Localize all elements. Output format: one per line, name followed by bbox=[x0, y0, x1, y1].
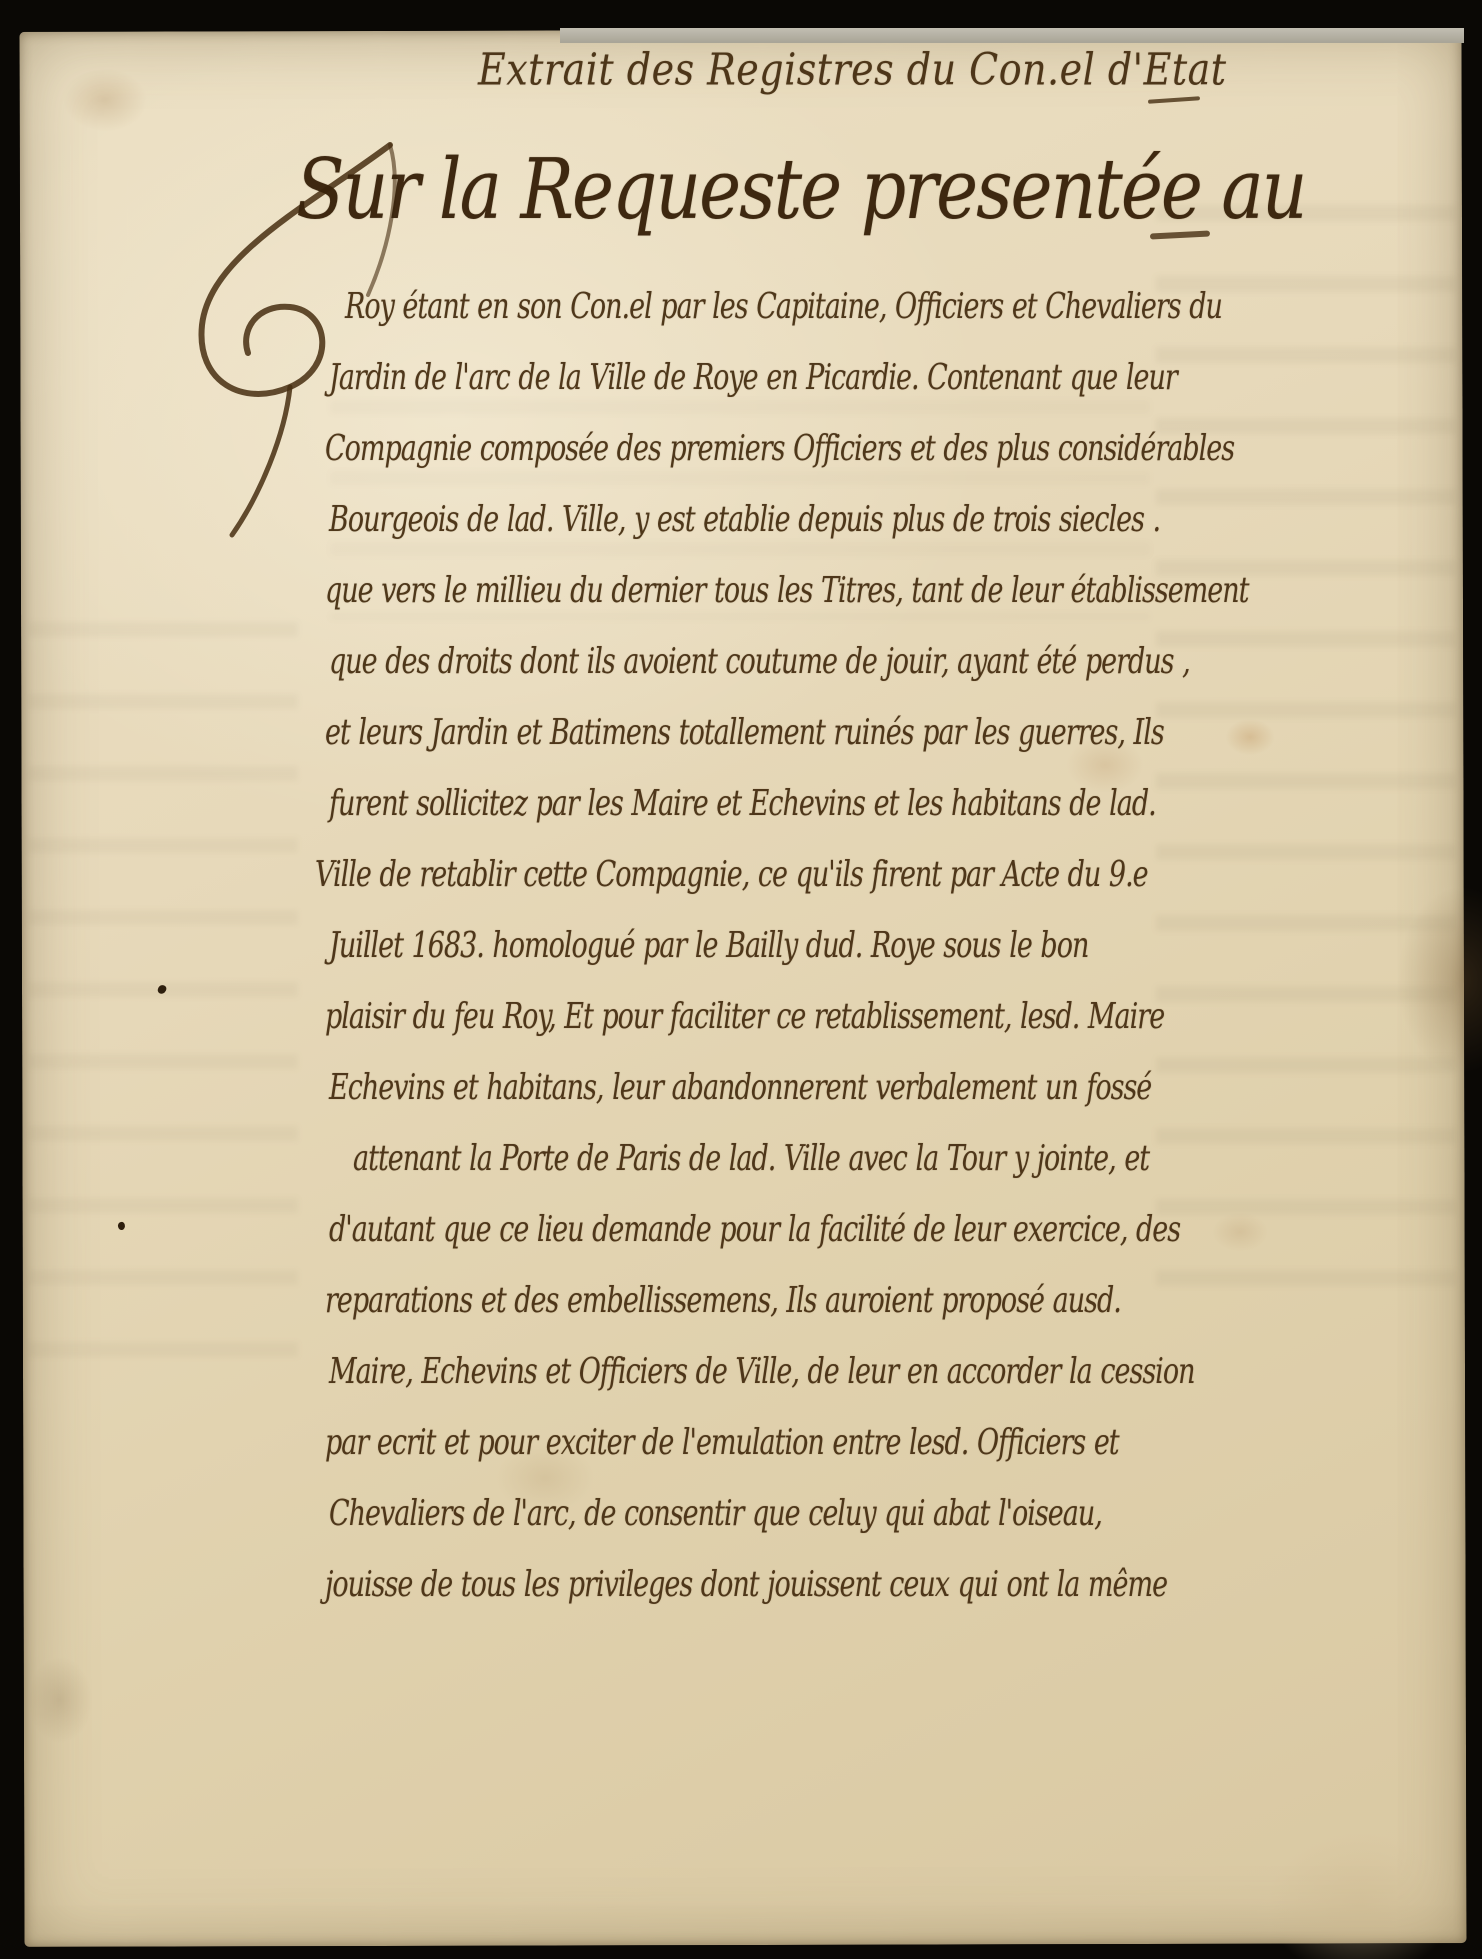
manuscript-body: Roy étant en son Con.el par les Capitain… bbox=[325, 256, 1205, 1605]
text-line: Echevins et habitans, leur abandonnerent… bbox=[329, 1037, 1205, 1108]
document-header: Extrait des Registres du Con.el d'Etat bbox=[478, 44, 1227, 95]
document-heading: Sur la Requeste presentée au bbox=[296, 140, 1306, 238]
text-line: Chevaliers de l'arc, de consentir que ce… bbox=[329, 1463, 1205, 1534]
text-line: Roy étant en son Con.el par les Capitain… bbox=[325, 256, 1205, 327]
text-line: Ville de retablir cette Compagnie, ce qu… bbox=[315, 824, 1205, 895]
text-line: reparations et des embellissemens, Ils a… bbox=[325, 1250, 1205, 1321]
text-line: d'autant que ce lieu demande pour la fac… bbox=[329, 1179, 1205, 1250]
text-line: Bourgeois de lad. Ville, y est etablie d… bbox=[329, 469, 1205, 540]
text-line: et leurs Jardin et Batimens totallement … bbox=[325, 682, 1205, 753]
text-line: furent sollicitez par les Maire et Echev… bbox=[329, 753, 1205, 824]
text-line: Jardin de l'arc de la Ville de Roye en P… bbox=[329, 327, 1205, 398]
text-line: que des droits dont ils avoient coutume … bbox=[329, 611, 1205, 682]
text-line: par ecrit et pour exciter de l'emulation… bbox=[325, 1392, 1205, 1463]
text-line: Maire, Echevins et Officiers de Ville, d… bbox=[329, 1321, 1205, 1392]
text-line: plaisir du feu Roy, Et pour faciliter ce… bbox=[325, 966, 1205, 1037]
text-line: que vers le millieu du dernier tous les … bbox=[325, 540, 1205, 611]
text-line: attenant la Porte de Paris de lad. Ville… bbox=[353, 1108, 1205, 1179]
scan-edge-strip bbox=[560, 28, 1464, 43]
text-line: Compagnie composée des premiers Officier… bbox=[325, 398, 1205, 469]
text-line: jouisse de tous les privileges dont joui… bbox=[325, 1534, 1205, 1605]
manuscript-scan: Extrait des Registres du Con.el d'Etat S… bbox=[0, 0, 1482, 1959]
text-line: Juillet 1683. homologué par le Bailly du… bbox=[329, 895, 1205, 966]
